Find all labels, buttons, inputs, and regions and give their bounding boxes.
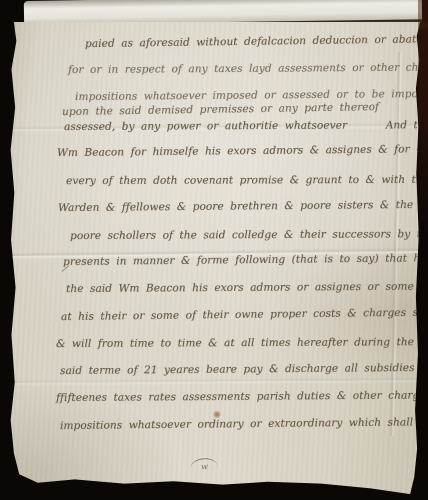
manuscript-line: presents in manner & forme following (th… [63, 252, 427, 268]
manuscript-line: upon the said demised premisses or any p… [62, 101, 379, 118]
manuscript-line: Warden & ffellowes & poore brethren & po… [58, 199, 413, 214]
manuscript-line: & will from time to time & at all times … [56, 336, 414, 350]
manuscript-photo: paied as aforesaid without defalcacion d… [0, 0, 428, 500]
manuscript-page: paied as aforesaid without defalcacion d… [9, 22, 420, 496]
catchword-letter: w [201, 461, 225, 472]
manuscript-line: Wm Beacon for himselfe his exors admors … [57, 143, 427, 159]
book-fore-edge [418, 0, 428, 260]
manuscript-line: assessed, by any power or authoritie wha… [64, 119, 428, 133]
manuscript-line: for or in respect of any taxes layd asse… [68, 61, 428, 76]
manuscript-line: ffifteenes taxes rates assessments paris… [56, 389, 428, 404]
catchword-mark: w [190, 457, 225, 472]
manuscript-line: every of them doth covenant promise & gr… [66, 174, 428, 187]
manuscript-line: impositions whatsoever ordinary or extra… [60, 416, 428, 432]
fold-crease [9, 377, 420, 387]
ink-stain [213, 411, 221, 418]
manuscript-line: the said Wm Beacon his exors admors or a… [66, 280, 428, 295]
manuscript-line: at his their or some of their owne prope… [61, 306, 428, 323]
manuscript-line: poore schollers of the said colledge & t… [70, 228, 428, 242]
manuscript-line: paied as aforesaid without defalcacion d… [85, 32, 428, 50]
manuscript-line: said terme of 21 yeares beare pay & disc… [60, 362, 415, 377]
